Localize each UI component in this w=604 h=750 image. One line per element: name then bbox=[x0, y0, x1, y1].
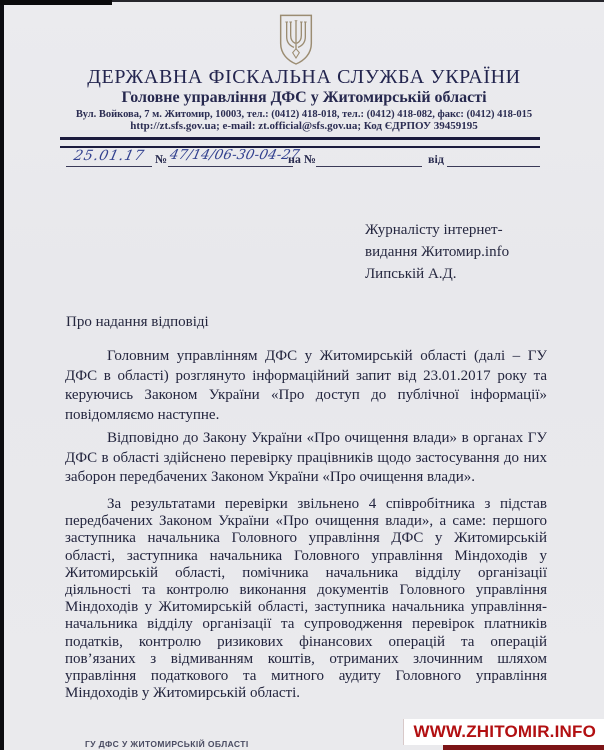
handwritten-number: 47/14/06-30-04-27 bbox=[168, 147, 301, 163]
from-label: від bbox=[428, 152, 444, 167]
reply-date-underline bbox=[447, 146, 540, 167]
scanned-letter-page: ДЕРЖАВНА ФІСКАЛЬНА СЛУЖБА УКРАЇНИ Головн… bbox=[0, 0, 604, 750]
org-name: ДЕРЖАВНА ФІСКАЛЬНА СЛУЖБА УКРАЇНИ bbox=[4, 66, 604, 89]
reply-number-underline bbox=[316, 146, 422, 167]
footer-org-stamp: ГУ ДФС У ЖИТОМИРСЬКІЙ ОБЛАСТІ bbox=[85, 739, 249, 749]
body-paragraph-2: Відповідно до Закону України «Про очищен… bbox=[65, 429, 547, 488]
number-label: № bbox=[155, 152, 167, 167]
paragraph-text: Відповідно до Закону України «Про очищен… bbox=[65, 429, 547, 488]
watermark-bar bbox=[443, 745, 604, 750]
scan-edge-top-corner bbox=[0, 0, 112, 5]
paragraph-text: Головним управлінням ДФС у Житомирській … bbox=[65, 347, 547, 425]
org-address-line1: Вул. Войкова, 7 м. Житомир, 10003, тел.:… bbox=[4, 109, 604, 120]
ukraine-trident-emblem-icon bbox=[276, 14, 316, 66]
recipient-line3: Липській А.Д. bbox=[365, 263, 575, 285]
org-division: Головне управління ДФС у Житомирській об… bbox=[4, 89, 604, 107]
body-paragraph-1: Головним управлінням ДФС у Житомирській … bbox=[65, 347, 547, 425]
site-watermark-text: WWW.ZHITOMIR.INFO bbox=[414, 722, 597, 741]
reply-to-label: на № bbox=[288, 152, 316, 167]
handwritten-date: 25.01.17 bbox=[72, 148, 146, 164]
recipient-line1: Журналісту інтернет- bbox=[365, 219, 575, 241]
paragraph-text: За результатами перевірки звільнено 4 сп… bbox=[65, 496, 547, 702]
recipient-block: Журналісту інтернет- видання Житомир.inf… bbox=[365, 219, 575, 285]
org-address-line2: http://zt.sfs.gov.ua; e-mail: zt.officia… bbox=[4, 120, 604, 132]
subject-line: Про надання відповіді bbox=[66, 314, 209, 331]
recipient-line2: видання Житомир.info bbox=[365, 241, 575, 263]
reference-row: 25.01.17 № 47/14/06-30-04-27 на № від bbox=[0, 146, 604, 172]
site-watermark: WWW.ZHITOMIR.INFO bbox=[403, 719, 604, 745]
body-paragraph-3: За результатами перевірки звільнено 4 сп… bbox=[65, 496, 547, 702]
